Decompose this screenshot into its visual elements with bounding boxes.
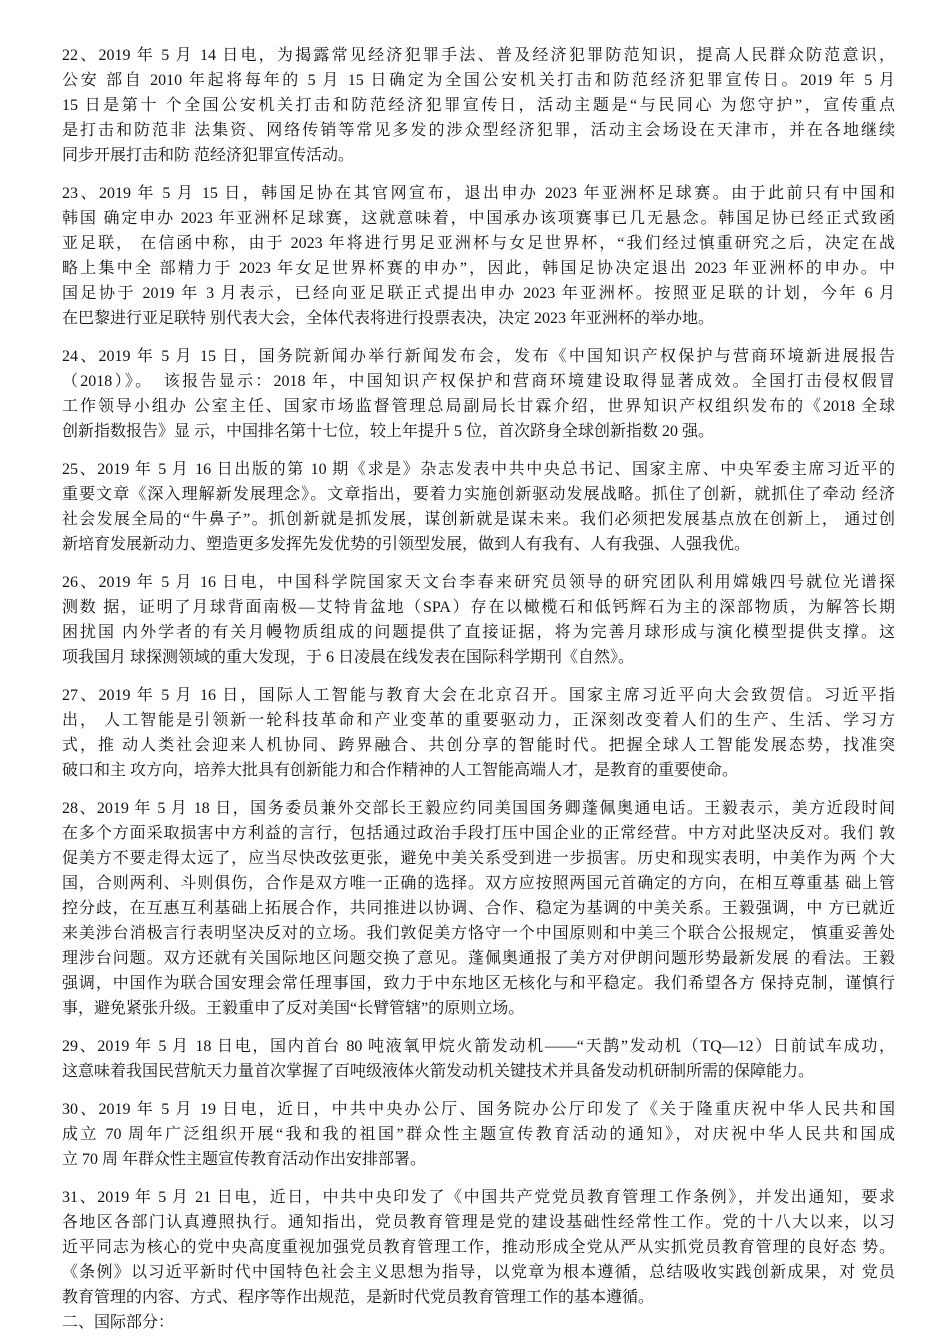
news-paragraph: 28、2019 年 5 月 18 日，国务委员兼外交部长王毅应约同美国国务卿蓬佩… <box>62 796 895 1021</box>
text-line: 来美涉台消极言行表明坚决反对的立场。我们敦促美方恪守一个中国原则和中美三个联合公… <box>62 921 895 946</box>
text-line: 30、2019 年 5 月 19 日电，近日，中共中央办公厅、国务院办公厅印发了… <box>62 1097 895 1122</box>
text-line: 27、2019 年 5 月 16 日，国际人工智能与教育大会在北京召开。国家主席… <box>62 683 895 708</box>
news-paragraph: 26、2019 年 5 月 16 日电，中国科学院国家天文台李春来研究员领导的研… <box>62 570 895 670</box>
text-line: 理涉台问题。双方还就有关国际地区问题交换了意见。蓬佩奥通报了美方对伊朗问题形势最… <box>62 946 895 971</box>
text-line: 各地区各部门认真遵照执行。通知指出，党员教育管理是党的建设基础性经常性工作。党的… <box>62 1210 895 1235</box>
text-line: 项我国月 球探测领域的重大发现，于 6 日凌晨在线发表在国际科学期刊《自然》。 <box>62 645 895 670</box>
text-line: 28、2019 年 5 月 18 日，国务委员兼外交部长王毅应约同美国国务卿蓬佩… <box>62 796 895 821</box>
news-paragraph: 22、2019 年 5 月 14 日电，为揭露常见经济犯罪手法、普及经济犯罪防范… <box>62 43 895 168</box>
text-line: 教育管理的内容、方式、程序等作出规范，是新时代党员教育管理工作的基本遵循。 <box>62 1285 895 1310</box>
text-line: 重要文章《深入理解新发展理念》。文章指出，要着力实施创新驱动发展战略。抓住了创新… <box>62 482 895 507</box>
text-line: 破口和主 攻方向，培养大批具有创新能力和合作精神的人工智能高端人才，是教育的重要… <box>62 758 895 783</box>
text-line: 创新指数报告》显 示，中国排名第十七位，较上年提升 5 位，首次跻身全球创新指数… <box>62 419 895 444</box>
document-page: 22、2019 年 5 月 14 日电，为揭露常见经济犯罪手法、普及经济犯罪防范… <box>0 0 950 1344</box>
text-line: 《条例》以习近平新时代中国特色社会主义思想为指导，以党章为根本遵循，总结吸收实践… <box>62 1260 895 1285</box>
text-line: 事，避免紧张升级。王毅重申了反对美国“长臂管辖”的原则立场。 <box>62 996 895 1021</box>
section-heading-text: 二、国际部分： <box>62 1310 895 1335</box>
text-line: 略上集中全 部精力于 2023 年女足世界杯赛的申办”，因此，韩国足协决定退出 … <box>62 256 895 281</box>
document-body: 22、2019 年 5 月 14 日电，为揭露常见经济犯罪手法、普及经济犯罪防范… <box>62 43 895 1335</box>
text-line: 25、2019 年 5 月 16 日出版的第 10 期《求是》杂志发表中共中央总… <box>62 457 895 482</box>
text-line: 困扰国 内外学者的有关月幔物质组成的问题提供了直接证据，将为完善月球形成与演化模… <box>62 620 895 645</box>
news-paragraph: 29、2019 年 5 月 18 日电，国内首台 80 吨液氧甲烷火箭发动机——… <box>62 1034 895 1084</box>
news-paragraph: 27、2019 年 5 月 16 日，国际人工智能与教育大会在北京召开。国家主席… <box>62 683 895 783</box>
text-line: 测数 据，证明了月球背面南极—艾特肯盆地（SPA）存在以橄榄石和低钙辉石为主的深… <box>62 595 895 620</box>
text-line: 出， 人工智能是引领新一轮科技革命和产业变革的重要驱动力，正深刻改变着人们的生产… <box>62 708 895 733</box>
text-line: 24、2019 年 5 月 15 日，国务院新闻办举行新闻发布会，发布《中国知识… <box>62 344 895 369</box>
news-paragraph: 31、2019 年 5 月 21 日电，近日，中共中央印发了《中国共产党党员教育… <box>62 1185 895 1310</box>
text-line: 新培育发展新动力、塑造更多发挥先发优势的引领型发展，做到人有我有、人有我强、人强… <box>62 532 895 557</box>
news-paragraph: 25、2019 年 5 月 16 日出版的第 10 期《求是》杂志发表中共中央总… <box>62 457 895 557</box>
text-line: 是打击和防范非 法集资、网络传销等常见多发的涉众型经济犯罪，活动主会场设在天津市… <box>62 118 895 143</box>
text-line: 31、2019 年 5 月 21 日电，近日，中共中央印发了《中国共产党党员教育… <box>62 1185 895 1210</box>
text-line: 公安 部自 2010 年起将每年的 5 月 15 日确定为全国公安机关打击和防范… <box>62 68 895 93</box>
text-line: 社会发展全局的“牛鼻子”。抓创新就是抓发展，谋创新就是谋未来。我们必须把发展基点… <box>62 507 895 532</box>
text-line: 式，推 动人类社会迎来人机协同、跨界融合、共创分享的智能时代。把握全球人工智能发… <box>62 733 895 758</box>
text-line: 亚足联， 在信函中称，由于 2023 年将进行男足亚洲杯与女足世界杯，“我们经过… <box>62 231 895 256</box>
text-line: 促美方不要走得太远了，应当尽快改弦更张，避免中美关系受到进一步损害。历史和现实表… <box>62 846 895 871</box>
text-line: 强调，中国作为联合国安理会常任理事国，致力于中东地区无核化与和平稳定。我们希望各… <box>62 971 895 996</box>
text-line: 同步开展打击和防 范经济犯罪宣传活动。 <box>62 143 895 168</box>
text-line: 国，合则两利、斗则俱伤，合作是双方唯一正确的选择。双方应按照两国元首确定的方向，… <box>62 871 895 896</box>
text-line: （2018）》。 该报告显示：2018 年，中国知识产权保护和营商环境建设取得显… <box>62 369 895 394</box>
section-heading: 二、国际部分： <box>62 1310 895 1335</box>
text-line: 在巴黎进行亚足联特 别代表大会，全体代表将进行投票表决，决定 2023 年亚洲杯… <box>62 306 895 331</box>
text-line: 国足协于 2019 年 3 月表示，已经向亚足联正式提出申办 2023 年亚洲杯… <box>62 281 895 306</box>
text-line: 22、2019 年 5 月 14 日电，为揭露常见经济犯罪手法、普及经济犯罪防范… <box>62 43 895 68</box>
text-line: 23、2019 年 5 月 15 日，韩国足协在其官网宣布，退出申办 2023 … <box>62 181 895 206</box>
text-line: 立 70 周 年群众性主题宣传教育活动作出安排部署。 <box>62 1147 895 1172</box>
text-line: 控分歧，在互惠互利基础上拓展合作，共同推进以协调、合作、稳定为基调的中美关系。王… <box>62 896 895 921</box>
text-line: 成立 70 周年广泛组织开展“我和我的祖国”群众性主题宣传教育活动的通知》，对庆… <box>62 1122 895 1147</box>
text-line: 29、2019 年 5 月 18 日电，国内首台 80 吨液氧甲烷火箭发动机——… <box>62 1034 895 1059</box>
news-paragraph: 24、2019 年 5 月 15 日，国务院新闻办举行新闻发布会，发布《中国知识… <box>62 344 895 444</box>
text-line: 工作领导小组办 公室主任、国家市场监督管理总局副局长甘霖介绍，世界知识产权组织发… <box>62 394 895 419</box>
news-paragraph: 23、2019 年 5 月 15 日，韩国足协在其官网宣布，退出申办 2023 … <box>62 181 895 331</box>
text-line: 在多个方面采取损害中方利益的言行，包括通过政治手段打压中国企业的正常经营。中方对… <box>62 821 895 846</box>
text-line: 15 日是第十 个全国公安机关打击和防范经济犯罪宣传日，活动主题是“与民同心 为… <box>62 93 895 118</box>
text-line: 韩国 确定申办 2023 年亚洲杯足球赛，这就意味着，中国承办该项赛事已几无悬念… <box>62 206 895 231</box>
text-line: 这意味着我国民营航天力量首次掌握了百吨级液体火箭发动机关键技术并具备发动机研制所… <box>62 1059 895 1084</box>
text-line: 近平同志为核心的党中央高度重视加强党员教育管理工作，推动形成全党从严从实抓党员教… <box>62 1235 895 1260</box>
news-paragraph: 30、2019 年 5 月 19 日电，近日，中共中央办公厅、国务院办公厅印发了… <box>62 1097 895 1172</box>
text-line: 26、2019 年 5 月 16 日电，中国科学院国家天文台李春来研究员领导的研… <box>62 570 895 595</box>
